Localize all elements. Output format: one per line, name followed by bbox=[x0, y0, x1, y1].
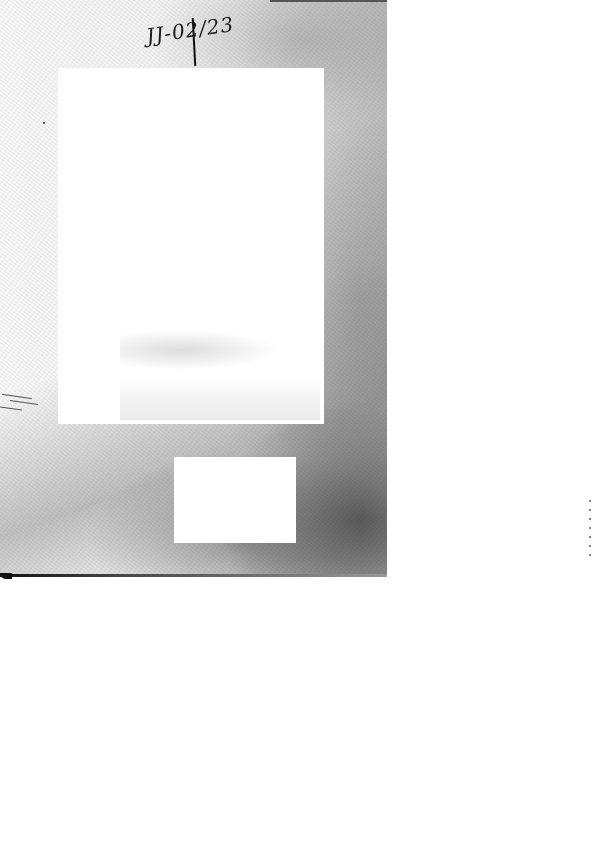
speck bbox=[43, 122, 45, 124]
bottom-edge-tip bbox=[0, 573, 12, 579]
scanned-cover: JJ-02/23 bbox=[0, 0, 387, 576]
right-margin-specks bbox=[589, 500, 591, 560]
label-shade bbox=[120, 330, 320, 420]
top-edge bbox=[270, 0, 387, 2]
small-label-box bbox=[174, 457, 296, 543]
bottom-edge bbox=[0, 574, 387, 577]
edge-streaks bbox=[0, 392, 50, 414]
